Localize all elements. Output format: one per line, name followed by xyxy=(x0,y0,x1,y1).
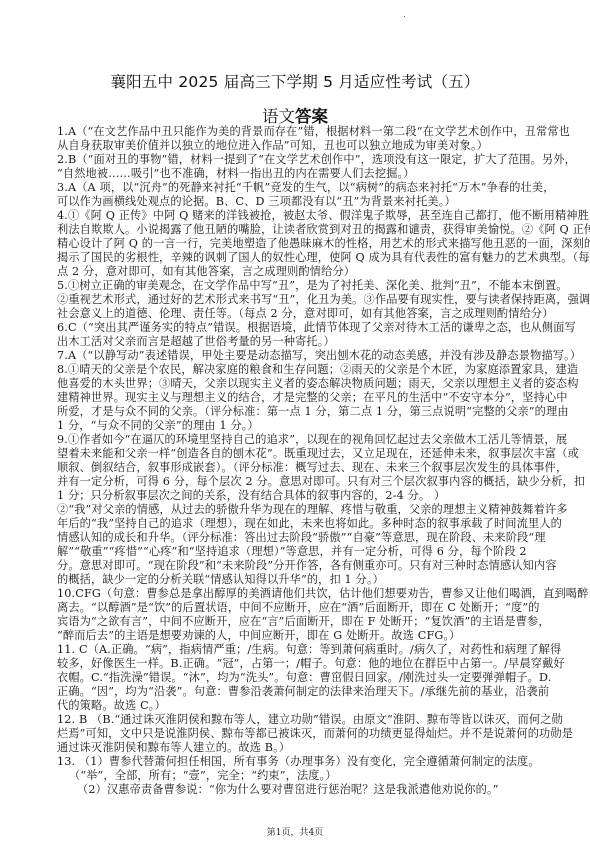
answer-line: 他喜爱的木头世界；③晴天，父亲以现实主义者的姿态解决物质问题；雨天，父亲以理想主… xyxy=(57,377,537,391)
answer-line: 代的策略。故选 C。） xyxy=(57,699,537,713)
answer-line: 4.①《阿 Q 正传》中阿 Q 赌来的洋钱被抢，被赵太爷、假洋鬼子欺辱，甚至连自… xyxy=(57,209,537,223)
answer-line: ②“我”对父亲的情感，从过去的骄傲升华为现在的理解、疼惜与敬重，父亲的理想主义精… xyxy=(57,503,537,517)
answer-body: 1.A（“在文艺作品中丑只能作为美的背景而存在”错，根据材料一第二段“在文学艺术… xyxy=(57,125,537,797)
document-subtitle: 语文答案 xyxy=(0,103,590,127)
answer-line: （“举”，全部，所有；“壹”，完全；“约束”，法度。） xyxy=(57,769,537,783)
answer-line: 10.CFG（句意：曹参总是拿出醇厚的美酒请他们共饮，估计他们想要劝告，曹参又让… xyxy=(57,587,537,601)
answer-line: 烂焉”可知，文中只是说淮阴侯、黥布等都已被诛灭，而萧何的功绩更显得灿烂。并不是说… xyxy=(57,727,537,741)
page-footer: 第1页，共4页 xyxy=(0,825,590,838)
answer-line: 解”“敬重”“疼惜”“心疼”和“坚持追求（理想）”等意思，并有一定分析，可得 6… xyxy=(57,545,537,559)
answer-line: 6.C（“突出其严谨务实的特点”错误。根据语境，此情节体现了父亲对待木工活的谦卑… xyxy=(57,321,537,335)
answer-line: 顺叙、倒叙结合，叙事形成嵌套）。（评分标准：概写过去、现在、未来三个叙事层次发生… xyxy=(57,461,537,475)
answer-line: 利法自欺欺人。小说揭露了他丑陋的嘴脸，让读者欣赏到对丑的揭露和谴责，获得审美愉悦… xyxy=(57,223,537,237)
answer-line: 5.①树立正确的审美观念，在文学作品中写“丑”，是为了衬托美、深化美、批判“丑”… xyxy=(57,279,537,293)
answer-line: 所爱，才是与众不同的父亲。（评分标准：第一点 1 分，第二点 1 分，第三点说明… xyxy=(57,405,537,419)
answer-line: “自然地被……吸引”也不准确，材料一指出丑的内在需要人们去挖掘。） xyxy=(57,167,537,181)
answer-line: 离去。“以醇酒”是“饮”的后置状语，中间不应断开，应在“酒”后面断开，即在 C … xyxy=(57,601,537,615)
answer-line: 1 分；只分析叙事层次之间的关系，没有结合具体的叙事内容的，2-4 分。 ） xyxy=(57,489,537,503)
answer-line: 精心设计了阿 Q 的一言一行，完美地塑造了他愚昧麻木的性格，用艺术的形式来描写他… xyxy=(57,237,537,251)
answer-line: 点 2 分，意对即可，如有其他答案，言之成理则酌情给分） xyxy=(57,265,537,279)
exam-title: 襄阳五中 2025 届高三下学期 5 月适应性考试（五） xyxy=(0,70,590,92)
answer-line: 通过诛灭淮阴侯和黥布等人建立的。故选 B。） xyxy=(57,741,537,755)
answer-line: 11. C（A.正确。“病”，指病情严重；/生病。句意：等到萧何病重时。/病久了… xyxy=(57,643,537,657)
answer-line: 2.B（“面对丑的事物”错，材料一提到了“在文学艺术创作中”，选项没有这一限定，… xyxy=(57,153,537,167)
stray-dot xyxy=(404,16,405,17)
answer-line: 正确。“因”，均为“沿袭”。句意：曹参沿袭萧何制定的法律来治理天下。/承继先前的… xyxy=(57,685,537,699)
answer-line: 13. （1）曹参代替萧何担任相国，所有事务（办理事务）没有变化，完全遵循萧何制… xyxy=(57,755,537,769)
answer-line: 12. B （B.“通过诛灭淮阴侯和黥布等人，建立功勋”错误。由原文“淮阴、黥布… xyxy=(57,713,537,727)
answer-line: 7.A（“以静写动”表述错误，甲处主要是动态描写，突出刨木花的动态美感，并没有涉… xyxy=(57,349,537,363)
answer-line: 情感认知的成长和升华。（评分标准：答出过去阶段“骄傲”“自豪”等意思，现在阶段、… xyxy=(57,531,537,545)
answer-line: 8.①晴天的父亲是个农民，解决家庭的粮食和生存问题；②雨天的父亲是个木匠，为家庭… xyxy=(57,363,537,377)
answer-line: 较多，好像医生一样。B.正确。“冠”，占第一；/帽子。句意：他的地位在群臣中占第… xyxy=(57,657,537,671)
answer-line: 可以作为画横线处观点的论据。B、C、D 三项都没有以“丑”为背景来衬托美。） xyxy=(57,195,537,209)
answer-line: 1 分，“与众不同的父亲”的理由 1 分。） xyxy=(57,419,537,433)
answer-line: 1.A（“在文艺作品中丑只能作为美的背景而存在”错，根据材料一第二段“在文学艺术… xyxy=(57,125,537,139)
answer-line: 并有一定分析，可得 6 分，每个层次 2 分。意思对即可。只有对三个层次叙事内容… xyxy=(57,475,537,489)
answer-line: 3.A（A 项，以“沉舟”的死静来衬托“千帆”竞发的生气，以“病树”的病态来衬托… xyxy=(57,181,537,195)
answer-line: 的概括，缺少一定的分析关联“情感认知得以升华”的，扣 1 分。） xyxy=(57,573,537,587)
subtitle-subject: 语文 xyxy=(262,107,295,126)
answer-line: 建精神世界。现实主义与理想主义的结合，才是完整的父亲；在平凡的生活中“不安守本分… xyxy=(57,391,537,405)
answer-line: 社会意义上的道德、伦理、责任等。（每点 2 分，意对即可，如有其他答案，言之成理… xyxy=(57,307,537,321)
answer-line: 9.①作者如今“在逼仄的环境里坚持自己的追求”，以现在的视角回忆起过去父亲做木工… xyxy=(57,433,537,447)
answer-line: （2）汉惠帝责备曹参说：“你为什么要对曹窋进行惩治呢？这是我派遣他劝说你的。” xyxy=(57,783,537,797)
answer-line: 从自身获取审美价值并以独立的地位进入作品”可知，丑也可以独立地成为审美对象。） xyxy=(57,139,537,153)
answer-line: 望着未来能和父亲一样“创造各自的刨木花”。既重现过去，又立足现在，还延伸未来，叙… xyxy=(57,447,537,461)
answer-line: ②重视艺术形式，通过好的艺术形式来书写“丑”，化丑为美。③作品要有现实性，要与读… xyxy=(57,293,537,307)
answer-line: 揭示了国民的劣根性，辛辣的讽刺了国人的奴性心理，使阿 Q 成为具有代表性的富有魅… xyxy=(57,251,537,265)
answer-line: 宾语为“之欲有言”，中间不应断开，应在“言”后面断开，即在 F 处断开；“复饮酒… xyxy=(57,615,537,629)
answer-line: 分。意思对即可。“现在阶段”和“未来阶段”分开作答，各有侧重亦可。只有对三种时态… xyxy=(57,559,537,573)
answer-line: “醉而后去”的主语是想要劝谏的人，中间应断开，即在 G 处断开。故选 CFG。） xyxy=(57,629,537,643)
answer-line: 衣帽。C.“指洗澡”错误。“沐”，均为“洗头”。句意：曹窋假日回家。/刚洗过头一… xyxy=(57,671,537,685)
answer-line: 出木工活对父亲而言是超越了世俗考量的另一种寄托。） xyxy=(57,335,537,349)
answer-line: 年后的“我”坚持自己的追求（理想），现在如此，未来也将如此。多种时态的叙事承载了… xyxy=(57,517,537,531)
subtitle-answer: 答案 xyxy=(295,107,328,126)
